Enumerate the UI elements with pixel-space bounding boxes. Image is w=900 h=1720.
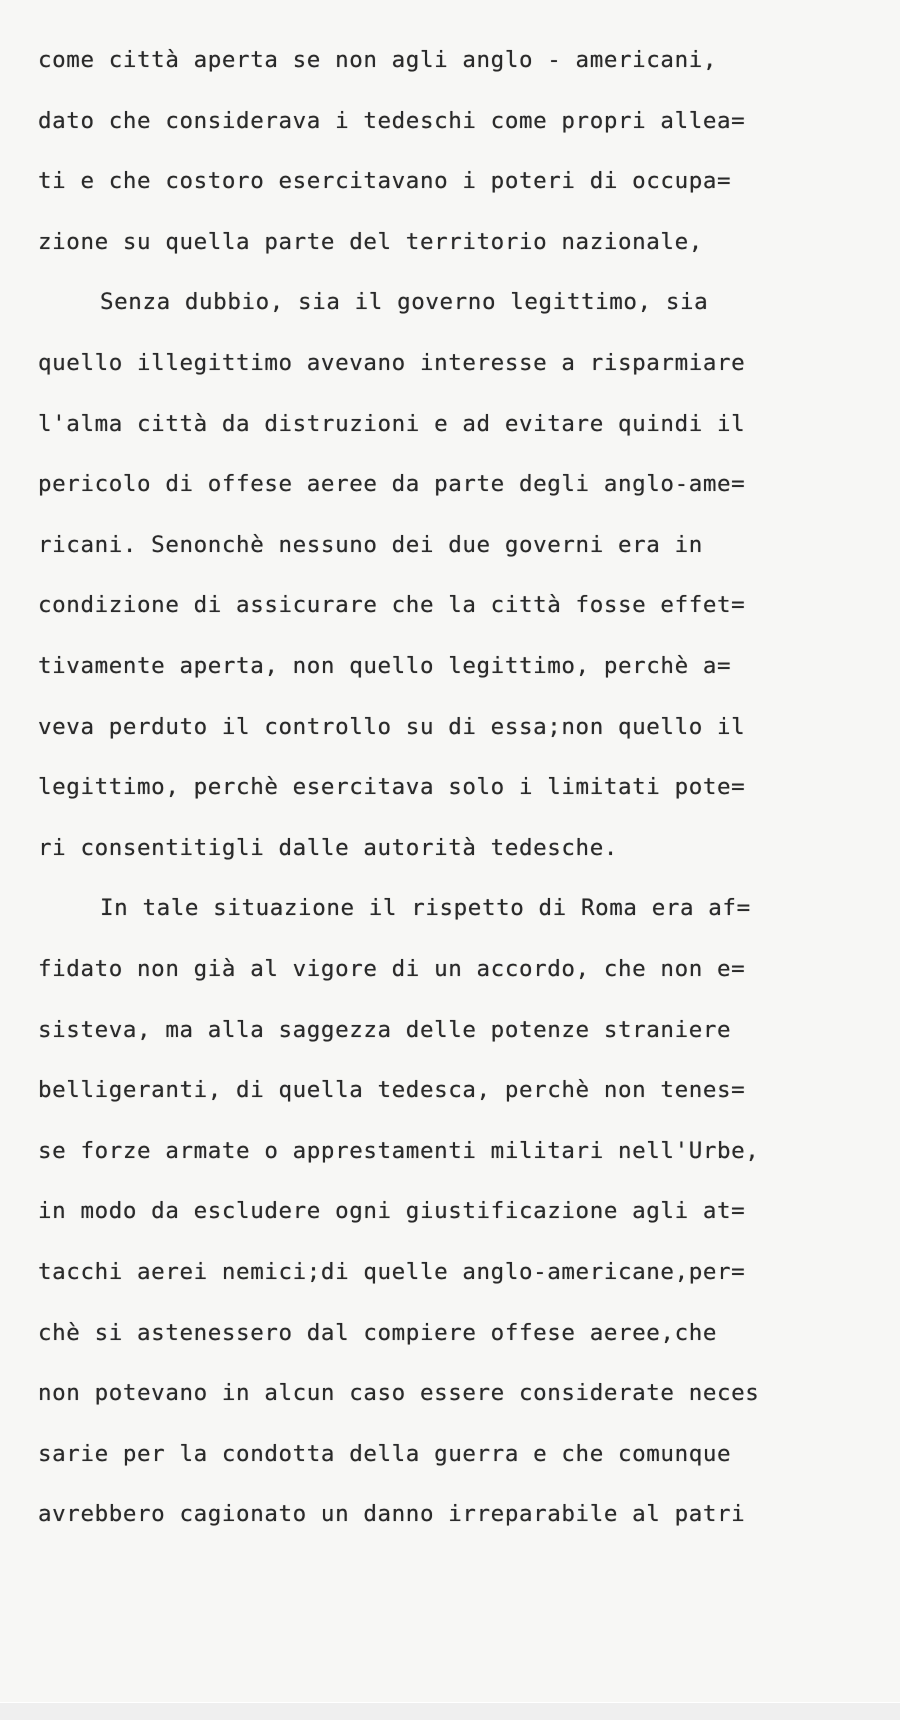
typewritten-page: come città aperta se non agli anglo - am…: [0, 0, 900, 1702]
paragraph-start-line: In tale situazione il rispetto di Roma e…: [100, 894, 751, 922]
text-line: zione su quella parte del territorio naz…: [38, 228, 703, 256]
text-line: tivamente aperta, non quello legittimo, …: [38, 652, 731, 680]
paragraph-start-line: Senza dubbio, sia il governo legittimo, …: [100, 288, 708, 316]
page-bottom-edge: [0, 1702, 900, 1720]
text-line: pericolo di offese aeree da parte degli …: [38, 470, 745, 498]
text-line: belligeranti, di quella tedesca, perchè …: [38, 1076, 745, 1104]
text-line: legittimo, perchè esercitava solo i limi…: [38, 773, 745, 801]
text-line: sarie per la condotta della guerra e che…: [38, 1440, 731, 1468]
text-line: dato che considerava i tedeschi come pro…: [38, 107, 745, 135]
text-line: condizione di assicurare che la città fo…: [38, 591, 745, 619]
text-line: ri consentitigli dalle autorità tedesche…: [38, 834, 618, 862]
text-line: non potevano in alcun caso essere consid…: [38, 1379, 759, 1407]
text-line: ricani. Senonchè nessuno dei due governi…: [38, 531, 703, 559]
text-line: fidato non già al vigore di un accordo, …: [38, 955, 745, 983]
text-line: se forze armate o apprestamenti militari…: [38, 1137, 759, 1165]
text-line: in modo da escludere ogni giustificazion…: [38, 1197, 745, 1225]
text-line: sisteva, ma alla saggezza delle potenze …: [38, 1016, 731, 1044]
text-line: veva perduto il controllo su di essa;non…: [38, 713, 745, 741]
text-line: tacchi aerei nemici;di quelle anglo-amer…: [38, 1258, 745, 1286]
text-line: quello illegittimo avevano interesse a r…: [38, 349, 745, 377]
text-line: l'alma città da distruzioni e ad evitare…: [38, 410, 745, 438]
text-line: avrebbero cagionato un danno irreparabil…: [38, 1500, 745, 1528]
text-line: chè si astenessero dal compiere offese a…: [38, 1319, 717, 1347]
text-line: come città aperta se non agli anglo - am…: [38, 46, 717, 74]
text-line: ti e che costoro esercitavano i poteri d…: [38, 167, 731, 195]
